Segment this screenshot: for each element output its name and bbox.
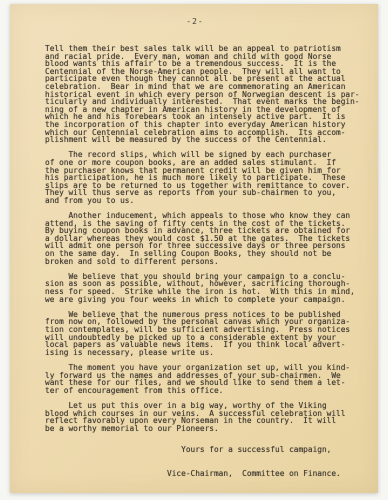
closing-line: Yours for a successful campaign, [45, 446, 378, 454]
paragraph-viking-blood: Let us put this over in a big way, worth… [45, 402, 378, 432]
signature-line: Vice-Chairman, Committee on Finance. [45, 470, 378, 478]
paragraph-record-slips: The record slips, which will be signed b… [45, 151, 378, 204]
document-page: -2- Tell them their best sales talk will… [10, 4, 378, 493]
paragraph-sales-talk: Tell them their best sales talk will be … [45, 45, 378, 144]
paragraph-press-notices: We believe that the numerous press notic… [45, 311, 378, 357]
paragraph-organization: The moment you have your organization se… [45, 364, 378, 394]
page-number: -2- [45, 17, 345, 27]
paragraph-campaign-conclusion: We believe that you should bring your ca… [45, 273, 378, 303]
paragraph-inducement: Another inducement, which appeals to tho… [45, 212, 378, 265]
